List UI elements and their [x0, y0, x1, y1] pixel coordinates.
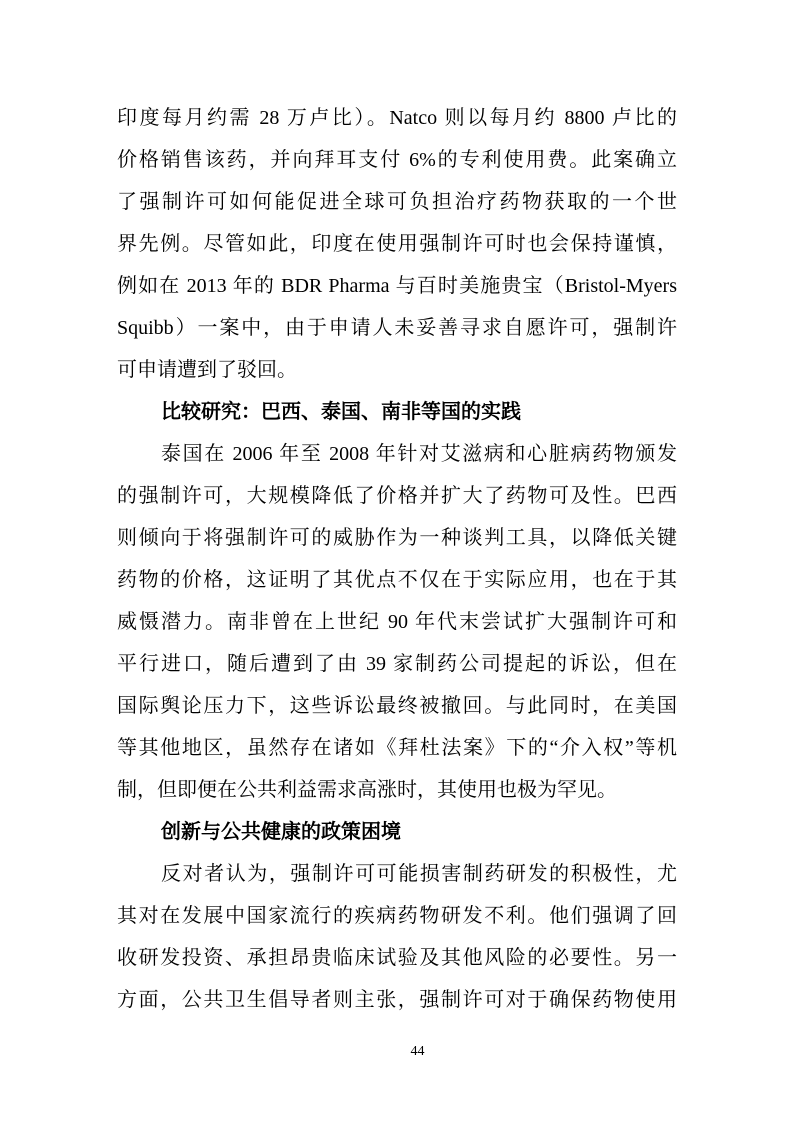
para-thailand-brazil-south-africa-line: 等其他地区，虽然存在诸如《拜杜法案》下的“介入权”等机	[117, 727, 677, 769]
para-thailand-brazil-south-africa-line: 的强制许可，大规模降低了价格并扩大了药物可及性。巴西	[117, 475, 677, 517]
para-innovation-debate-line: 其对在发展中国家流行的疾病药物研发不利。他们强调了回	[117, 895, 677, 937]
page-footer: 44	[0, 1042, 793, 1062]
para-innovation-debate-line: 方面，公共卫生倡导者则主张，强制许可对于确保药物使用	[117, 979, 677, 1021]
para-thailand-brazil-south-africa-line: 威慑潜力。南非曾在上世纪 90 年代末尝试扩大强制许可和	[117, 601, 677, 643]
para-innovation-debate-line: 反对者认为，强制许可可能损害制药研发的积极性，尤	[117, 853, 677, 895]
para-india-natco-case-line: 价格销售该药，并向拜耳支付 6%的专利使用费。此案确立	[117, 139, 677, 181]
para-india-natco-case-line: 可申请遭到了驳回。	[117, 349, 677, 391]
para-thailand-brazil-south-africa-line: 制，但即便在公共利益需求高涨时，其使用也极为罕见。	[117, 769, 677, 811]
para-thailand-brazil-south-africa-line: 则倾向于将强制许可的威胁作为一种谈判工具，以降低关键	[117, 517, 677, 559]
para-innovation-debate-line: 收研发投资、承担昂贵临床试验及其他风险的必要性。另一	[117, 937, 677, 979]
heading-comparative-study: 比较研究：巴西、泰国、南非等国的实践	[117, 391, 677, 433]
para-india-natco-case-line: 例如在 2013 年的 BDR Pharma 与百时美施贵宝（Bristol-M…	[117, 265, 677, 307]
para-thailand-brazil-south-africa-line: 药物的价格，这证明了其优点不仅在于实际应用，也在于其	[117, 559, 677, 601]
para-thailand-brazil-south-africa-line: 泰国在 2006 年至 2008 年针对艾滋病和心脏病药物颁发	[117, 433, 677, 475]
document-content: 印度每月约需 28 万卢比）。Natco 则以每月约 8800 卢比的价格销售该…	[117, 97, 677, 1021]
para-india-natco-case-line: Squibb）一案中，由于申请人未妥善寻求自愿许可，强制许	[117, 307, 677, 349]
para-india-natco-case-line: 界先例。尽管如此，印度在使用强制许可时也会保持谨慎，	[117, 223, 677, 265]
document-page: 印度每月约需 28 万卢比）。Natco 则以每月约 8800 卢比的价格销售该…	[0, 0, 793, 1122]
page-number: 44	[411, 1044, 425, 1059]
para-india-natco-case-line: 了强制许可如何能促进全球可负担治疗药物获取的一个世	[117, 181, 677, 223]
para-thailand-brazil-south-africa-line: 国际舆论压力下，这些诉讼最终被撤回。与此同时，在美国	[117, 685, 677, 727]
para-india-natco-case-line: 印度每月约需 28 万卢比）。Natco 则以每月约 8800 卢比的	[117, 97, 677, 139]
heading-innovation-public-health-dilemma: 创新与公共健康的政策困境	[117, 811, 677, 853]
para-thailand-brazil-south-africa-line: 平行进口，随后遭到了由 39 家制药公司提起的诉讼，但在	[117, 643, 677, 685]
